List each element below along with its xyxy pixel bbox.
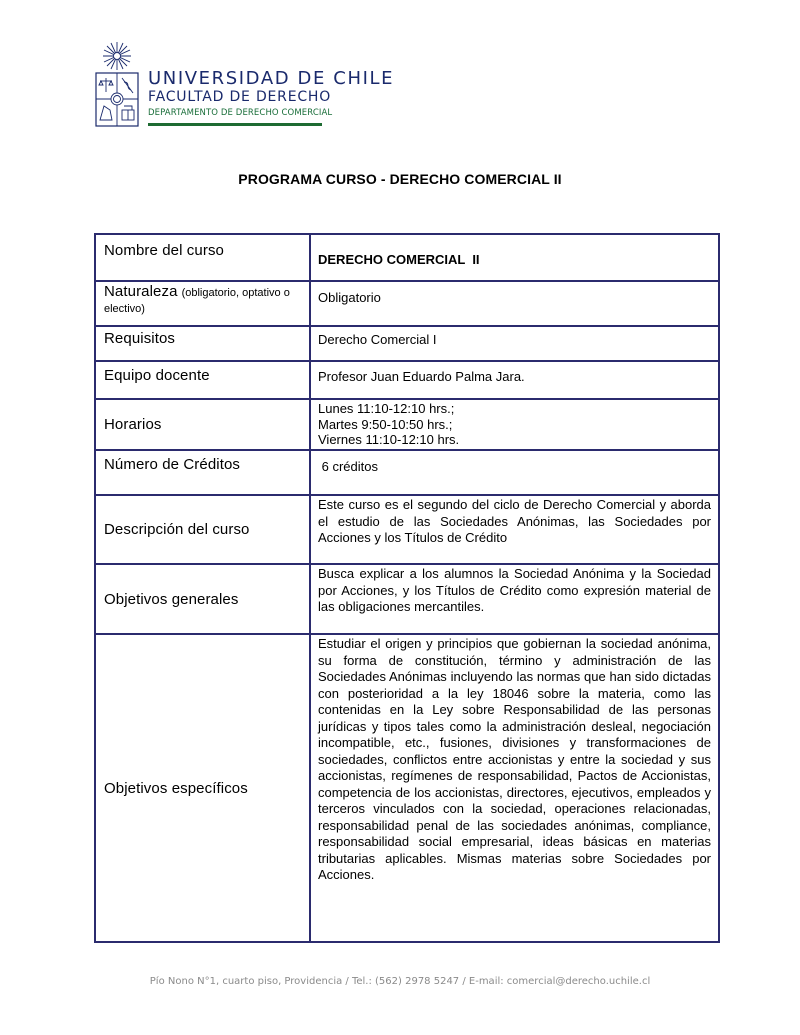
row-value: DERECHO COMERCIAL II bbox=[310, 234, 719, 281]
row-label: Naturaleza (obligatorio, optativo o elec… bbox=[95, 281, 310, 326]
table-row: Requisitos Derecho Comercial I bbox=[95, 326, 719, 361]
department-name: DEPARTAMENTO DE DERECHO COMERCIAL bbox=[148, 108, 332, 118]
table-row: Nombre del curso DERECHO COMERCIAL II bbox=[95, 234, 719, 281]
row-label: Equipo docente bbox=[95, 361, 310, 399]
row-label: Nombre del curso bbox=[95, 234, 310, 281]
row-value: Profesor Juan Eduardo Palma Jara. bbox=[310, 361, 719, 399]
table-row: Objetivos generales Busca explicar a los… bbox=[95, 564, 719, 634]
table-row: Equipo docente Profesor Juan Eduardo Pal… bbox=[95, 361, 719, 399]
row-value: Obligatorio bbox=[310, 281, 719, 326]
row-label: Objetivos generales bbox=[95, 564, 310, 634]
row-label: Descripción del curso bbox=[95, 495, 310, 564]
schedule-line: Viernes 11:10-12:10 hrs. bbox=[318, 432, 711, 448]
table-row: Horarios Lunes 11:10-12:10 hrs.; Martes … bbox=[95, 399, 719, 450]
university-name: UNIVERSIDAD DE CHILE bbox=[148, 70, 394, 88]
table-row: Objetivos específicos Estudiar el origen… bbox=[95, 634, 719, 942]
footer-contact: Pío Nono N°1, cuarto piso, Providencia /… bbox=[0, 976, 800, 987]
row-label: Objetivos específicos bbox=[95, 634, 310, 942]
course-program-table: Nombre del curso DERECHO COMERCIAL II Na… bbox=[94, 233, 720, 943]
row-value: Lunes 11:10-12:10 hrs.; Martes 9:50-10:5… bbox=[310, 399, 719, 450]
row-label: Número de Créditos bbox=[95, 450, 310, 495]
table-row: Descripción del curso Este curso es el s… bbox=[95, 495, 719, 564]
schedule-line: Martes 9:50-10:50 hrs.; bbox=[318, 417, 711, 433]
row-value: Derecho Comercial I bbox=[310, 326, 719, 361]
row-value: Busca explicar a los alumnos la Sociedad… bbox=[310, 564, 719, 634]
header-divider bbox=[148, 123, 322, 126]
row-value: 6 créditos bbox=[310, 450, 719, 495]
university-crest-icon bbox=[94, 40, 140, 130]
university-logo: UNIVERSIDAD DE CHILE FACULTAD DE DERECHO… bbox=[94, 40, 344, 130]
document-title: PROGRAMA CURSO - DERECHO COMERCIAL II bbox=[0, 171, 800, 187]
schedule-line: Lunes 11:10-12:10 hrs.; bbox=[318, 401, 711, 417]
row-label: Requisitos bbox=[95, 326, 310, 361]
row-label: Horarios bbox=[95, 399, 310, 450]
table-row: Naturaleza (obligatorio, optativo o elec… bbox=[95, 281, 719, 326]
faculty-name: FACULTAD DE DERECHO bbox=[148, 89, 331, 105]
row-value: Este curso es el segundo del ciclo de De… bbox=[310, 495, 719, 564]
table-row: Número de Créditos 6 créditos bbox=[95, 450, 719, 495]
row-value: Estudiar el origen y principios que gobi… bbox=[310, 634, 719, 942]
